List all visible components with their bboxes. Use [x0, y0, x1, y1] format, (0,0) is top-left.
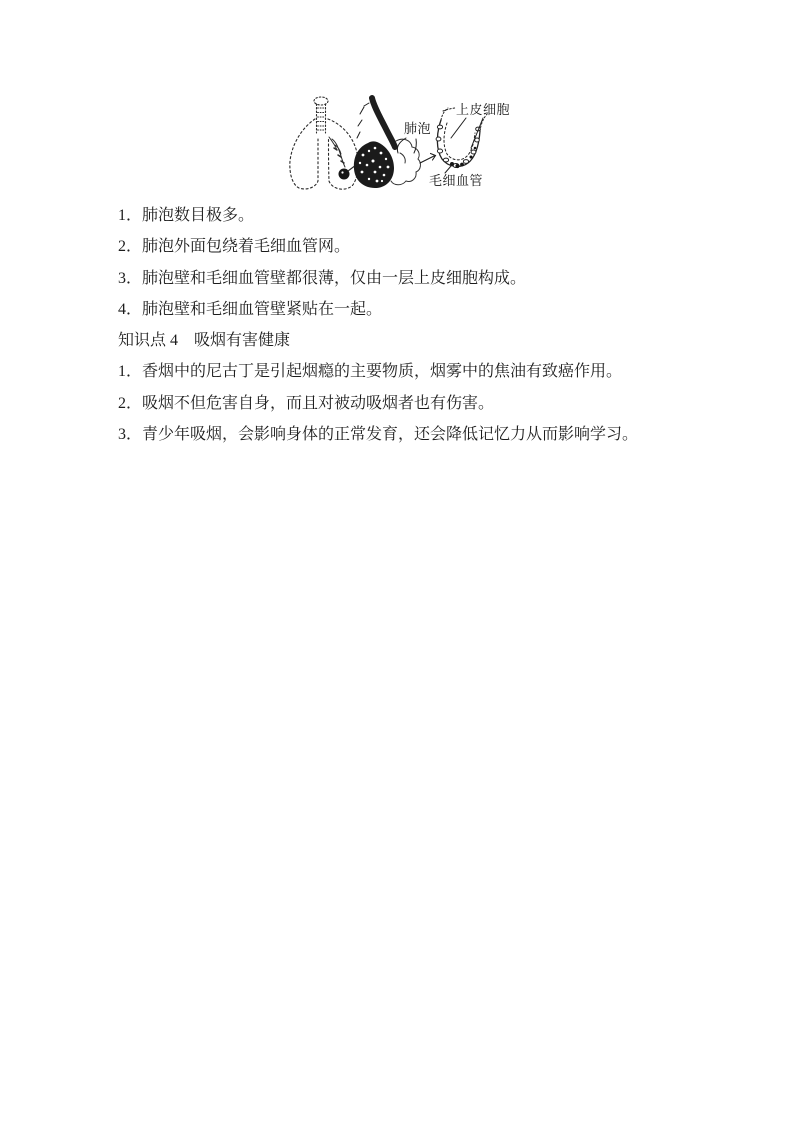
lungs-sketch [290, 97, 366, 189]
alveoli-cluster-sketch [354, 98, 436, 188]
figure-label-capillary: 毛细血管 [429, 174, 483, 187]
alveoli-feature-item-3: 3．肺泡壁和毛细血管壁都很薄，仅由一层上皮细胞构成。 [118, 263, 718, 294]
figure-label-epithelial-cell: 上皮细胞 [456, 103, 510, 116]
knowledge-point-heading: 知识点 4 吸烟有害健康 [118, 325, 718, 356]
smoking-item-1: 1．香烟中的尼古丁是引起烟瘾的主要物质，烟雾中的焦油有致癌作用。 [118, 356, 718, 387]
alveolus-wall-sketch [436, 108, 488, 173]
text-content: 1．肺泡数目极多。 2．肺泡外面包绕着毛细血管网。 3．肺泡壁和毛细血管壁都很薄… [118, 200, 718, 450]
figure-label-alveolus: 肺泡 [404, 122, 431, 135]
alveoli-feature-item-4: 4．肺泡壁和毛细血管壁紧贴在一起。 [118, 294, 718, 325]
smoking-item-2: 2．吸烟不但危害自身，而且对被动吸烟者也有伤害。 [118, 388, 718, 419]
document-page: { "figure": { "labels": { "alveolus": "肺… [0, 0, 793, 1122]
alveoli-feature-item-1: 1．肺泡数目极多。 [118, 200, 718, 231]
alveoli-figure: 肺泡 上皮细胞 毛细血管 [285, 93, 510, 200]
smoking-item-3: 3．青少年吸烟，会影响身体的正常发育，还会降低记忆力从而影响学习。 [118, 419, 718, 450]
alveoli-feature-item-2: 2．肺泡外面包绕着毛细血管网。 [118, 231, 718, 262]
